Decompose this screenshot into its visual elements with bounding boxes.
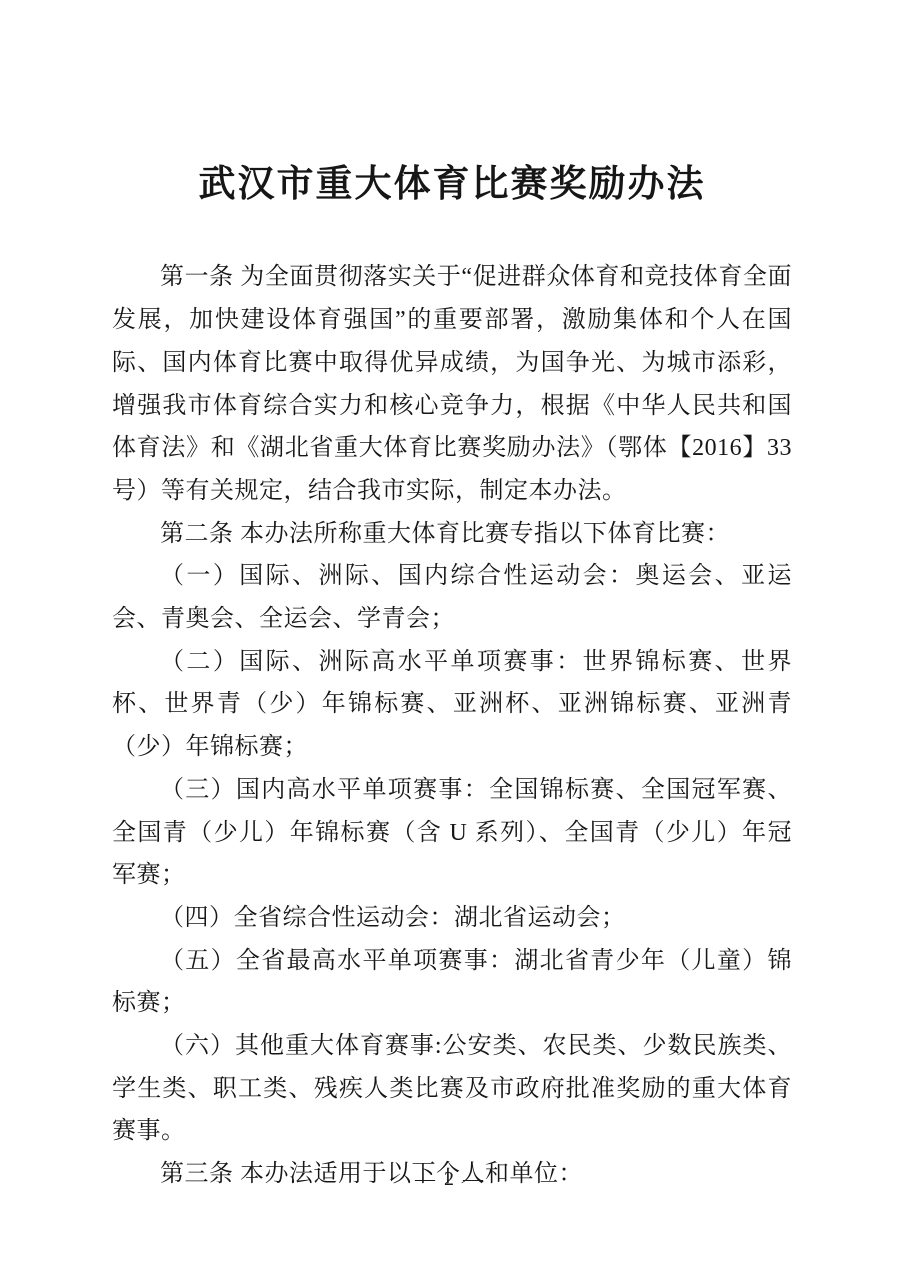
paragraph-item-3: （三）国内高水平单项赛事：全国锦标赛、全国冠军赛、全国青（少儿）年锦标赛（含 U… [112,769,792,897]
document-body: 武汉市重大体育比赛奖励办法 第一条 为全面贯彻落实关于“促进群众体育和竞技体育全… [112,163,792,1196]
page-number: — 2 — [0,1168,900,1191]
document-page: 武汉市重大体育比赛奖励办法 第一条 为全面贯彻落实关于“促进群众体育和竞技体育全… [0,0,900,1273]
paragraph-item-2: （二）国际、洲际高水平单项赛事：世界锦标赛、世界杯、世界青（少）年锦标赛、亚洲杯… [112,641,792,769]
paragraph-item-5: （五）全省最高水平单项赛事：湖北省青少年（儿童）锦标赛； [112,940,792,1025]
document-title: 武汉市重大体育比赛奖励办法 [112,163,792,207]
paragraph-article-2: 第二条 本办法所称重大体育比赛专指以下体育比赛： [112,513,792,556]
paragraph-item-4: （四）全省综合性运动会：湖北省运动会； [112,897,792,940]
paragraph-item-1: （一）国际、洲际、国内综合性运动会：奥运会、亚运会、青奥会、全运会、学青会； [112,555,792,640]
paragraph-article-1: 第一条 为全面贯彻落实关于“促进群众体育和竞技体育全面发展，加快建设体育强国”的… [112,256,792,512]
paragraph-item-6: （六）其他重大体育赛事:公安类、农民类、少数民族类、学生类、职工类、残疾人类比赛… [112,1025,792,1153]
